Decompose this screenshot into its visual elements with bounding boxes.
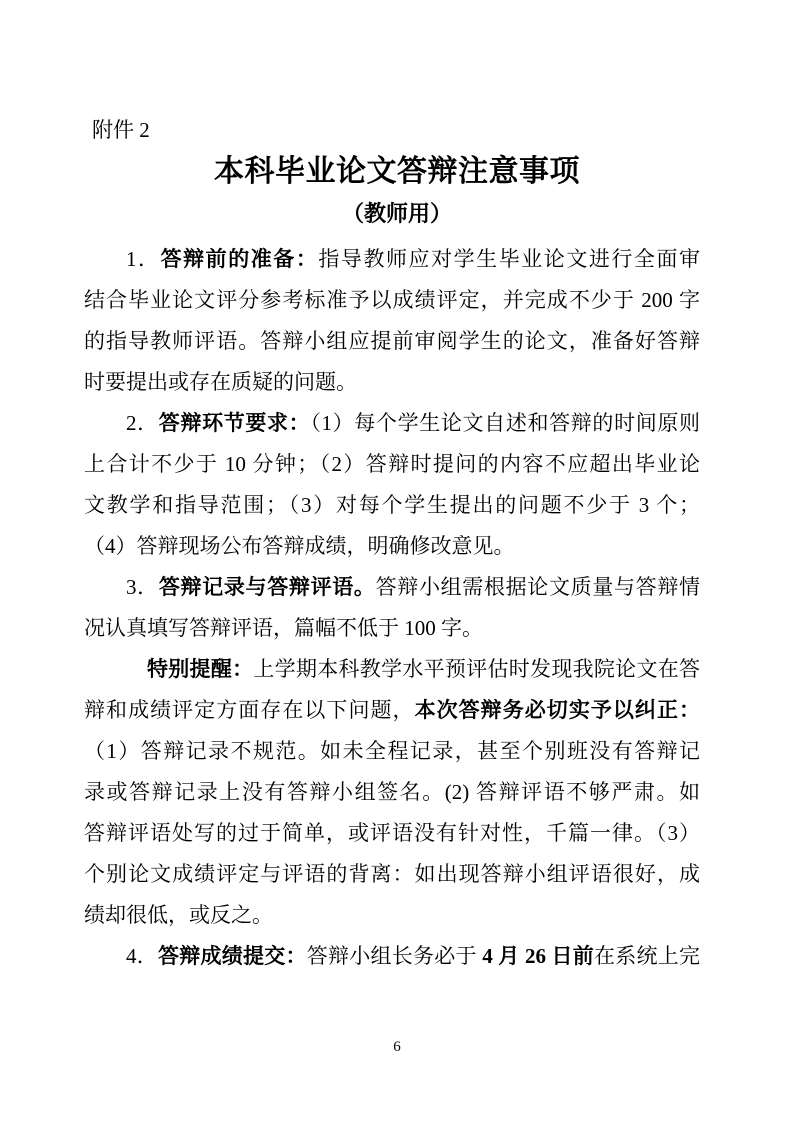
text-run: 文教学和指导范围；（3）对每个学生提出的问题不少于 3 个； [84,493,700,517]
document-body: 1．答辩前的准备：指导教师应对学生毕业论文进行全面审查，结合毕业论文评分参考标准… [84,239,700,977]
paragraph: 2．答辩环节要求：（1）每个学生论文自述和答辩的时间原则上合计不少于 10 分钟… [84,403,700,567]
document-page: 附件 2 本科毕业论文答辩注意事项 （教师用） 1．答辩前的准备：指导教师应对学… [0,0,794,1123]
page-number: 6 [0,1037,794,1057]
text-run: 时要提出或存在质疑的问题。 [84,370,357,394]
text-run: 2． [126,411,159,435]
text-line: （1）答辩记录不规范。如未全程记录，甚至个别班没有答辩记 [84,731,700,772]
text-run: 辩和成绩评定方面存在以下问题， [84,698,415,722]
text-run: （4）答辩现场公布答辩成绩，明确修改意见。 [84,534,515,558]
text-run: 结合毕业论文评分参考标准予以成绩评定，并完成不少于 200 字 [84,288,700,312]
text-line: 上合计不少于 10 分钟；（2）答辩时提问的内容不应超出毕业论 [84,444,700,485]
text-line: 4．答辩成绩提交：答辩小组长务必于 4 月 26 日前在系统上完 [84,936,700,977]
paragraph: 4．答辩成绩提交：答辩小组长务必于 4 月 26 日前在系统上完 [84,936,700,977]
text-run: 上学期本科教学水平预评估时发现我院论文在答 [253,657,700,681]
page-subtitle: （教师用） [0,198,794,230]
text-line: 文教学和指导范围；（3）对每个学生提出的问题不少于 3 个； [84,485,700,526]
text-line: （4）答辩现场公布答辩成绩，明确修改意见。 [84,526,700,567]
text-line: 结合毕业论文评分参考标准予以成绩评定，并完成不少于 200 字 [84,280,700,321]
text-line: 的指导教师评语。答辩小组应提前审阅学生的论文，准备好答辩 [84,321,700,362]
text-run: 在系统上完 [594,944,700,968]
text-run: 录或答辩记录上没有答辩小组签名。(2) 答辩评语不够严肃。如 [84,780,700,804]
page-title: 本科毕业论文答辩注意事项 [0,152,794,192]
paragraph: 1．答辩前的准备：指导教师应对学生毕业论文进行全面审查，结合毕业论文评分参考标准… [84,239,700,403]
text-run: 个别论文成绩评定与评语的背离：如出现答辩小组评语很好，成 [84,862,700,886]
text-run: 答辩小组需根据论文质量与答辩情 [376,575,700,599]
text-line: 2．答辩环节要求：（1）每个学生论文自述和答辩的时间原则 [84,403,700,444]
text-run: 4． [126,944,158,968]
text-line: 特别提醒：上学期本科教学水平预评估时发现我院论文在答 [84,649,700,690]
text-line: 个别论文成绩评定与评语的背离：如出现答辩小组评语很好，成 [84,854,700,895]
text-line: 3．答辩记录与答辩评语。答辩小组需根据论文质量与答辩情 [84,567,700,608]
paragraph: 3．答辩记录与答辩评语。答辩小组需根据论文质量与答辩情况认真填写答辩评语，篇幅不… [84,567,700,649]
text-run: 绩却很低，或反之。 [84,903,273,927]
bold-text-run: 4 月 26 日前 [482,944,594,968]
text-line: 绩却很低，或反之。 [84,895,700,936]
bold-text-run: 特别提醒： [147,657,253,681]
text-line: 辩和成绩评定方面存在以下问题，本次答辩务必切实予以纠正： [84,690,700,731]
text-run: 上合计不少于 10 分钟；（2）答辩时提问的内容不应超出毕业论 [84,452,700,476]
text-run: 答辩小组长务必于 [307,944,483,968]
text-run: 的指导教师评语。答辩小组应提前审阅学生的论文，准备好答辩 [84,329,700,353]
text-run: 况认真填写答辩评语，篇幅不低于 100 字。 [84,616,483,640]
bold-text-run: 答辩记录与答辩评语。 [159,575,376,599]
text-line: 时要提出或存在质疑的问题。 [84,362,700,403]
text-line: 录或答辩记录上没有答辩小组签名。(2) 答辩评语不够严肃。如 [84,772,700,813]
bold-text-run: 本次答辩务必切实予以纠正： [415,698,700,722]
text-run: 3． [126,575,159,599]
bold-text-run: 答辩成绩提交： [158,944,307,968]
text-line: 况认真填写答辩评语，篇幅不低于 100 字。 [84,608,700,649]
paragraph: 特别提醒：上学期本科教学水平预评估时发现我院论文在答辩和成绩评定方面存在以下问题… [84,649,700,936]
text-run: （1）每个学生论文自述和答辩的时间原则 [310,411,700,435]
text-run: （1）答辩记录不规范。如未全程记录，甚至个别班没有答辩记 [84,739,700,763]
text-line: 答辩评语处写的过于简单，或评语没有针对性，千篇一律。（3） [84,813,700,854]
attachment-label: 附件 2 [92,116,794,144]
text-line: 1．答辩前的准备：指导教师应对学生毕业论文进行全面审查， [84,239,700,280]
bold-text-run: 答辩环节要求： [159,411,311,435]
text-run: 1． [126,247,161,271]
text-run: 答辩评语处写的过于简单，或评语没有针对性，千篇一律。（3） [84,821,700,845]
bold-text-run: 答辩前的准备： [161,247,319,271]
